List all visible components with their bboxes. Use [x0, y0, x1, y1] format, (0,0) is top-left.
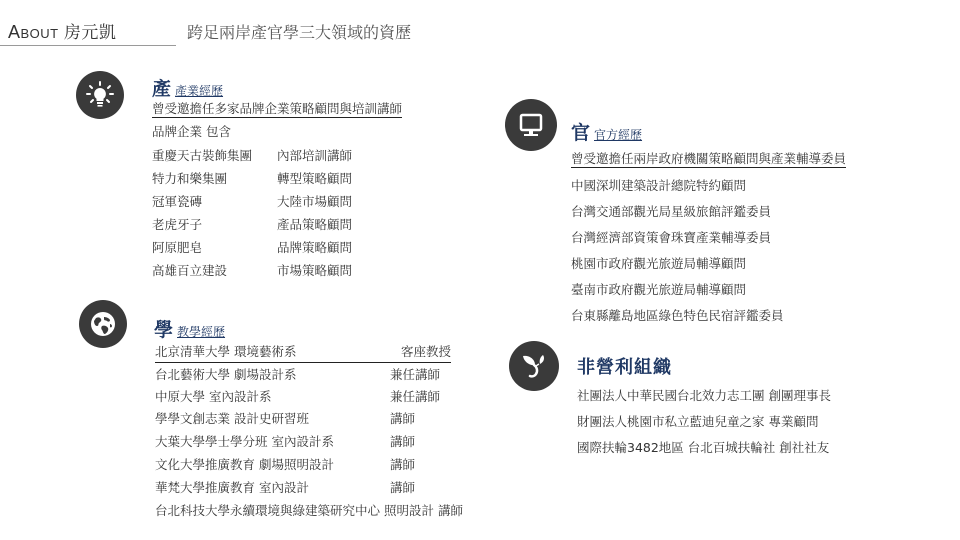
lightbulb-icon	[76, 71, 124, 119]
role: 兼任講師	[390, 389, 440, 411]
sprout-icon	[509, 341, 559, 391]
academic-row: 華梵大學推廣教育 室內設計 講師	[155, 480, 451, 503]
page-subtitle: 跨足兩岸產官學三大領域的資歷	[187, 20, 411, 43]
academic-row: 北京清華大學 環境藝術系 客座教授	[155, 344, 451, 363]
school: 北京清華大學 環境藝術系	[155, 344, 296, 362]
government-item: 中國深圳建築設計總院特約顧問	[571, 178, 784, 204]
nonprofit-item: 社團法人中華民國台北效力志工團 創團理事長	[577, 388, 831, 414]
school: 文化大學推廣教育 劇場照明設計	[155, 457, 390, 480]
academic-row: 台北藝術大學 劇場設計系 兼任講師	[155, 367, 451, 389]
nonprofit-title: 非營利組織	[577, 353, 672, 379]
role: 大陸市場顧問	[277, 194, 352, 217]
monitor-icon	[505, 99, 557, 151]
role: 講師	[390, 457, 415, 480]
government-item: 台灣交通部觀光局星級旅館評鑑委員	[571, 204, 784, 230]
company: 老虎牙子	[152, 217, 277, 240]
header-divider	[0, 45, 176, 46]
company: 特力和樂集團	[152, 171, 277, 194]
school: 中原大學 室內設計系	[155, 389, 390, 411]
academic-heading: 學教學經歷	[154, 315, 225, 342]
government-item: 桃園市政府觀光旅遊局輔導顧問	[571, 256, 784, 282]
government-item: 台灣經濟部資策會珠寶產業輔導委員	[571, 230, 784, 256]
academic-row: 大葉大學學士學分班 室內設計系 講師	[155, 434, 451, 457]
school: 台北藝術大學 劇場設計系	[155, 367, 390, 389]
company: 重慶天古裝飾集團	[152, 148, 277, 171]
role: 講師	[390, 480, 415, 503]
industry-list: 重慶天古裝飾集團 內部培訓講師 特力和樂集團 轉型策略顧問 冠軍瓷磚 大陸市場顧…	[152, 148, 352, 286]
role: 講師	[390, 411, 415, 434]
role: 內部培訓講師	[277, 148, 352, 171]
academic-row: 學學文創志業 設計史研習班 講師	[155, 411, 451, 434]
academic-title: 教學經歷	[177, 325, 225, 339]
industry-title: 產業經歷	[175, 84, 223, 98]
government-heading: 官官方經歷	[571, 118, 642, 145]
globe-icon	[79, 300, 127, 348]
academic-big-char: 學	[154, 319, 173, 341]
role: 市場策略顧問	[277, 263, 352, 286]
company: 高雄百立建設	[152, 263, 277, 286]
government-big-char: 官	[571, 122, 590, 144]
school: 學學文創志業 設計史研習班	[155, 411, 390, 434]
about-label: About	[8, 22, 59, 42]
role: 品牌策略顧問	[277, 240, 352, 263]
school: 台北科技大學永續環境與綠建築研究中心 照明設計 講師	[155, 503, 463, 525]
nonprofit-item: 國際扶輪3482地區 台北百城扶輪社 創社社友	[577, 440, 831, 466]
role: 轉型策略顧問	[277, 171, 352, 194]
company: 冠軍瓷磚	[152, 194, 277, 217]
industry-row: 特力和樂集團 轉型策略顧問	[152, 171, 352, 194]
about-heading: About 房元凱	[8, 18, 116, 43]
academic-row-last: 台北科技大學永續環境與綠建築研究中心 照明設計 講師	[155, 503, 451, 525]
role: 兼任講師	[390, 367, 440, 389]
government-title: 官方經歷	[594, 128, 642, 142]
industry-row: 重慶天古裝飾集團 內部培訓講師	[152, 148, 352, 171]
industry-lead: 曾受邀擔任多家品牌企業策略顧問與培訓講師	[152, 101, 402, 118]
academic-row: 中原大學 室內設計系 兼任講師	[155, 389, 451, 411]
government-lead: 曾受邀擔任兩岸政府機關策略顧問與產業輔導委員	[571, 151, 846, 168]
role: 講師	[390, 434, 415, 457]
role: 客座教授	[401, 344, 451, 362]
company: 阿原肥皂	[152, 240, 277, 263]
industry-row: 老虎牙子 產品策略顧問	[152, 217, 352, 240]
government-item: 台東縣離島地區綠色特色民宿評鑑委員	[571, 308, 784, 334]
academic-list: 北京清華大學 環境藝術系 客座教授 台北藝術大學 劇場設計系 兼任講師 中原大學…	[155, 344, 451, 525]
person-name: 房元凱	[64, 23, 117, 42]
academic-row: 文化大學推廣教育 劇場照明設計 講師	[155, 457, 451, 480]
school: 華梵大學推廣教育 室內設計	[155, 480, 390, 503]
industry-intro: 品牌企業 包含	[152, 124, 231, 140]
industry-row: 冠軍瓷磚 大陸市場顧問	[152, 194, 352, 217]
nonprofit-list: 社團法人中華民國台北效力志工團 創團理事長 財團法人桃園市私立藍迪兒童之家 專業…	[577, 388, 831, 466]
industry-row: 阿原肥皂 品牌策略顧問	[152, 240, 352, 263]
industry-heading: 產產業經歷	[152, 74, 223, 101]
industry-big-char: 產	[152, 78, 171, 100]
industry-row: 高雄百立建設 市場策略顧問	[152, 263, 352, 286]
government-item: 臺南市政府觀光旅遊局輔導顧問	[571, 282, 784, 308]
government-list: 中國深圳建築設計總院特約顧問 台灣交通部觀光局星級旅館評鑑委員 台灣經濟部資策會…	[571, 178, 784, 334]
role: 產品策略顧問	[277, 217, 352, 240]
school: 大葉大學學士學分班 室內設計系	[155, 434, 390, 457]
nonprofit-item: 財團法人桃園市私立藍迪兒童之家 專業顧問	[577, 414, 831, 440]
